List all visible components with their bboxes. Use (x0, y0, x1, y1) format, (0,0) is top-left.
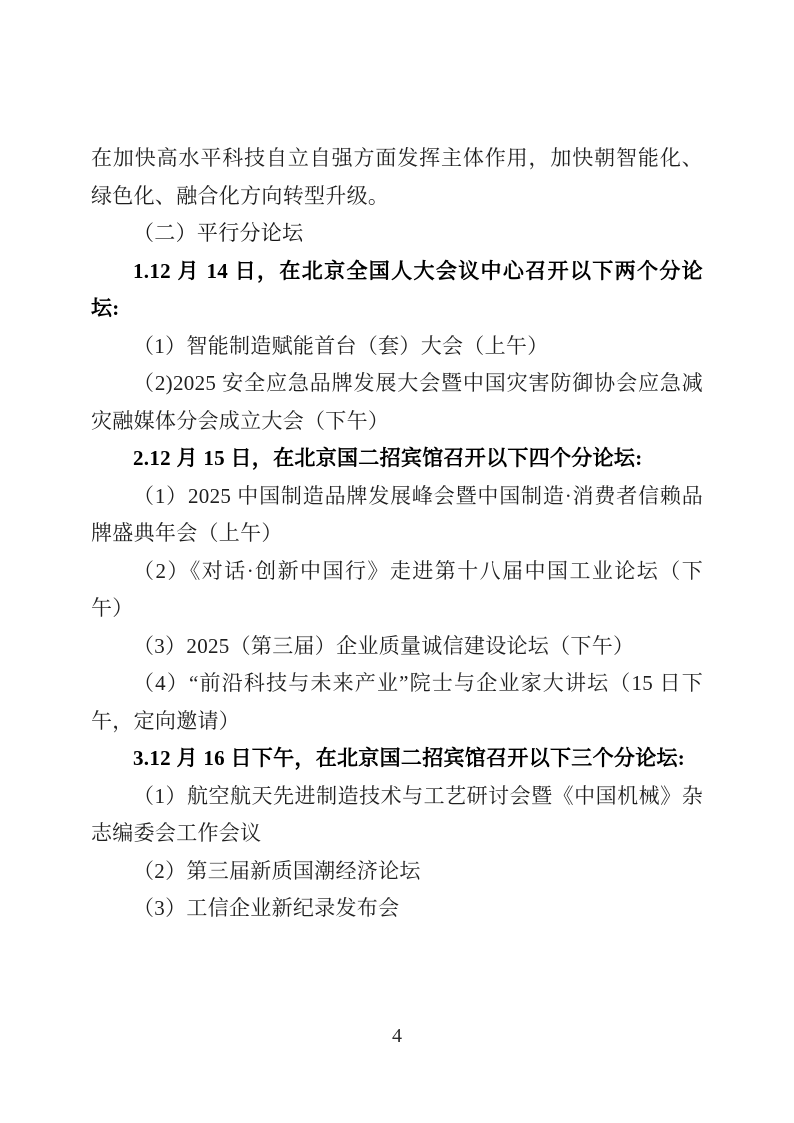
text-line: （4）“前沿科技与未来产业”院士与企业家大讲坛（15 日下 (91, 665, 703, 703)
bold-heading-line: 1.12 月 14 日，在北京全国人大会议中心召开以下两个分论 (91, 253, 703, 291)
paragraph-list-item: （2)2025 安全应急品牌发展大会暨中国灾害防御协会应急减 灾融媒体分会成立大… (91, 365, 703, 440)
text-line: 午，定向邀请） (91, 703, 703, 741)
paragraph-list-item: （3）2025（第三届）企业质量诚信建设论坛（下午） (91, 628, 703, 666)
text-line: 志编委会工作会议 (91, 815, 703, 853)
text-line: 在加快高水平科技自立自强方面发挥主体作用，加快朝智能化、 (91, 140, 703, 178)
text-line: （2）《对话·创新中国行》走进第十八届中国工业论坛（下 (91, 553, 703, 591)
bold-heading-line: 2.12 月 15 日，在北京国二招宾馆召开以下四个分论坛: (91, 440, 703, 478)
paragraph-list-item: （1）智能制造赋能首台（套）大会（上午） (91, 328, 703, 366)
text-line: 绿色化、融合化方向转型升级。 (91, 178, 703, 216)
bold-heading-line: 坛: (91, 290, 703, 328)
document-text-block: 在加快高水平科技自立自强方面发挥主体作用，加快朝智能化、 绿色化、融合化方向转型… (91, 140, 703, 928)
paragraph-list-item: （2）第三届新质国潮经济论坛 (91, 853, 703, 891)
text-line: （1）智能制造赋能首台（套）大会（上午） (91, 328, 703, 366)
text-line: 午） (91, 590, 703, 628)
text-line: （1）航空航天先进制造技术与工艺研讨会暨《中国机械》杂 (91, 778, 703, 816)
section-heading-line: （二）平行分论坛 (91, 215, 703, 253)
bold-heading-line: 3.12 月 16 日下午，在北京国二招宾馆召开以下三个分论坛: (91, 740, 703, 778)
paragraph-section-heading: （二）平行分论坛 (91, 215, 703, 253)
paragraph-list-item: （4）“前沿科技与未来产业”院士与企业家大讲坛（15 日下 午，定向邀请） (91, 665, 703, 740)
paragraph-bold-heading-2: 2.12 月 15 日，在北京国二招宾馆召开以下四个分论坛: (91, 440, 703, 478)
paragraph-list-item: （1）2025 中国制造品牌发展峰会暨中国制造·消费者信赖品 牌盛典年会（上午） (91, 478, 703, 553)
paragraph-list-item: （3）工信企业新纪录发布会 (91, 890, 703, 928)
text-line: （2）第三届新质国潮经济论坛 (91, 853, 703, 891)
paragraph-body-continuation: 在加快高水平科技自立自强方面发挥主体作用，加快朝智能化、 绿色化、融合化方向转型… (91, 140, 703, 215)
document-page: 在加快高水平科技自立自强方面发挥主体作用，加快朝智能化、 绿色化、融合化方向转型… (0, 0, 794, 1123)
paragraph-bold-heading-3: 3.12 月 16 日下午，在北京国二招宾馆召开以下三个分论坛: (91, 740, 703, 778)
text-line: 牌盛典年会（上午） (91, 515, 703, 553)
page-number: 4 (0, 1024, 794, 1048)
paragraph-list-item: （2）《对话·创新中国行》走进第十八届中国工业论坛（下 午） (91, 553, 703, 628)
text-line: （2)2025 安全应急品牌发展大会暨中国灾害防御协会应急减 (91, 365, 703, 403)
paragraph-bold-heading-1: 1.12 月 14 日，在北京全国人大会议中心召开以下两个分论 坛: (91, 253, 703, 328)
paragraph-list-item: （1）航空航天先进制造技术与工艺研讨会暨《中国机械》杂 志编委会工作会议 (91, 778, 703, 853)
text-line: 灾融媒体分会成立大会（下午） (91, 403, 703, 441)
text-line: （3）工信企业新纪录发布会 (91, 890, 703, 928)
text-line: （1）2025 中国制造品牌发展峰会暨中国制造·消费者信赖品 (91, 478, 703, 516)
text-line: （3）2025（第三届）企业质量诚信建设论坛（下午） (91, 628, 703, 666)
